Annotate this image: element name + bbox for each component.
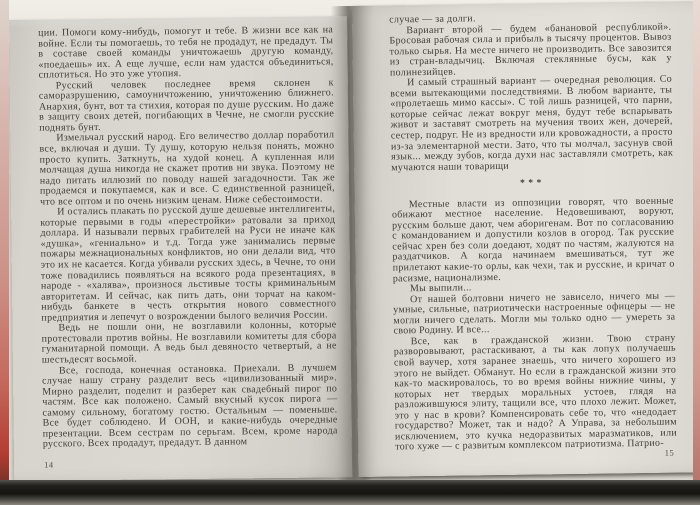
book-cover-edge-left [0,0,9,505]
paragraph: Все, господа, конечная остановка. Приеха… [42,363,338,451]
book-bottom-edge [0,480,700,505]
paragraph: Измельчал русский народ. Его величество … [39,131,335,208]
paragraph: Русский человек последнее время склонен … [39,78,335,134]
paragraph: И самый страшный вариант — очередная рев… [390,75,673,174]
section-separator: *** [391,177,673,191]
page-number-right: 15 [665,448,675,458]
page-right-text: случае — за долги.Вариант второй — будем… [389,12,677,454]
page-left-text: ции. Помоги кому-нибудь, помогут и тебе.… [38,25,338,450]
paragraph: И остались плакать по русской душе дешев… [40,205,336,324]
page-left: ции. Помоги кому-нибудь, помогут и тебе.… [9,16,352,481]
paragraph: ции. Помоги кому-нибудь, помогут и тебе.… [38,25,334,81]
paragraph: От нашей болтовни ничего не зависело, ни… [393,291,676,337]
paragraph: Вариант второй — будем «банановой респуб… [389,22,672,79]
book-scan: ции. Помоги кому-нибудь, помогут и тебе.… [0,0,700,505]
paragraph: Ведь не пошли они, не возглавили колонны… [41,321,336,367]
paragraph: Все, как в гражданской жизни. Твою стран… [394,333,678,453]
book-cover-edge-right [693,0,700,505]
page-right: случае — за долги.Вариант второй — будем… [352,1,700,477]
page-number-left: 14 [44,460,54,470]
paragraph: Местные власти из оппозиции говорят, что… [392,196,675,284]
